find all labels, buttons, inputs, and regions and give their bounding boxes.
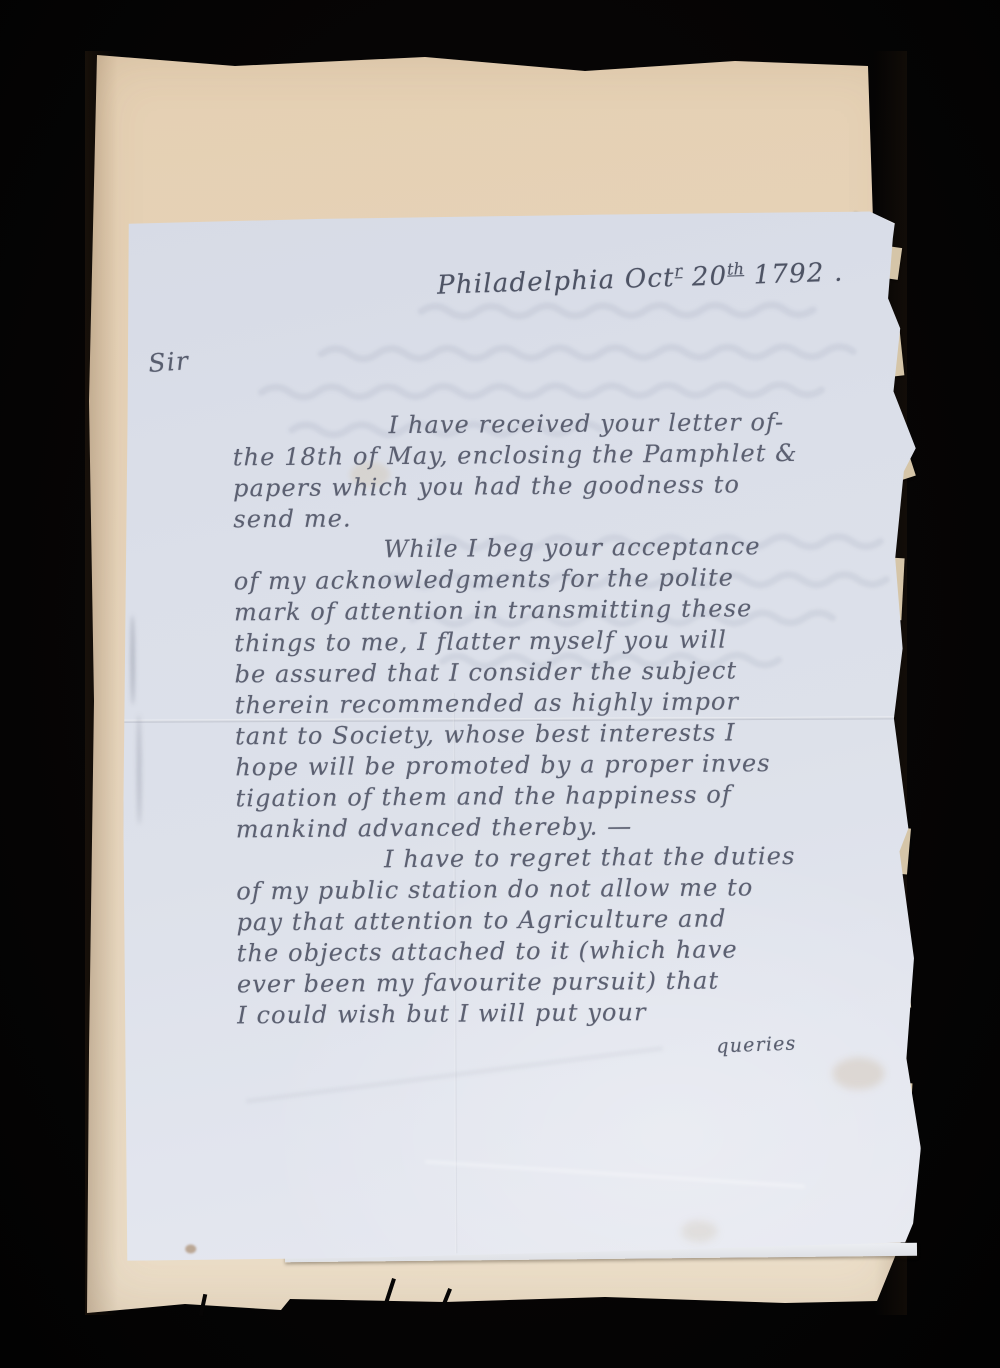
letter-line: things to me, I flatter myself you will bbox=[234, 623, 874, 659]
corner-fold-highlight bbox=[872, 211, 918, 237]
letter-line: tigation of them and the happiness of bbox=[235, 778, 875, 814]
letter-line: therein recommended as highly impor bbox=[235, 685, 875, 721]
letter-line: of my acknowledgments for the polite bbox=[234, 561, 874, 597]
dateline-day: 20 bbox=[682, 261, 728, 292]
letter-line: I have received your letter of- bbox=[232, 406, 872, 442]
letter-line: hope will be promoted by a proper inves bbox=[235, 747, 875, 783]
letter-line: ever been my favourite pursuit) that bbox=[237, 964, 877, 1000]
letter-line: papers which you had the goodness to bbox=[233, 468, 873, 504]
letter-line: the objects attached to it (which have bbox=[237, 933, 877, 969]
letter-line: tant to Society, whose best interests I bbox=[235, 716, 875, 752]
letter-line: pay that attention to Agriculture and bbox=[236, 902, 876, 938]
paper-stain bbox=[832, 1057, 884, 1089]
letter-line: be assured that I consider the subject bbox=[234, 654, 874, 690]
dateline-superscript-th: th bbox=[727, 259, 744, 279]
letter-line: send me. bbox=[233, 499, 873, 535]
paper-stain bbox=[185, 1244, 196, 1253]
letter-line: mankind advanced thereby. — bbox=[236, 809, 876, 845]
catchword: queries bbox=[716, 1032, 797, 1057]
letter-body: I have received your letter of- the 18th… bbox=[232, 406, 877, 1031]
paper-stain bbox=[681, 1220, 717, 1242]
letter-page: Philadelphia Octr 20th 1792 . Sir I have… bbox=[121, 211, 931, 1265]
dateline-year: 1792 . bbox=[744, 258, 844, 291]
letter-line: the 18th of May, enclosing the Pamphlet … bbox=[233, 437, 873, 473]
letter-line: of my public station do not allow me to bbox=[236, 871, 876, 907]
letter-line: I could wish but I will put your bbox=[237, 995, 877, 1031]
letter-line: mark of attention in transmitting these bbox=[234, 592, 874, 628]
photo-backdrop: Philadelphia Octr 20th 1792 . Sir I have… bbox=[0, 0, 1000, 1368]
letter-line: While I beg your acceptance bbox=[233, 530, 873, 566]
salutation: Sir bbox=[147, 346, 190, 378]
letter-line: I have to regret that the duties bbox=[236, 840, 876, 876]
